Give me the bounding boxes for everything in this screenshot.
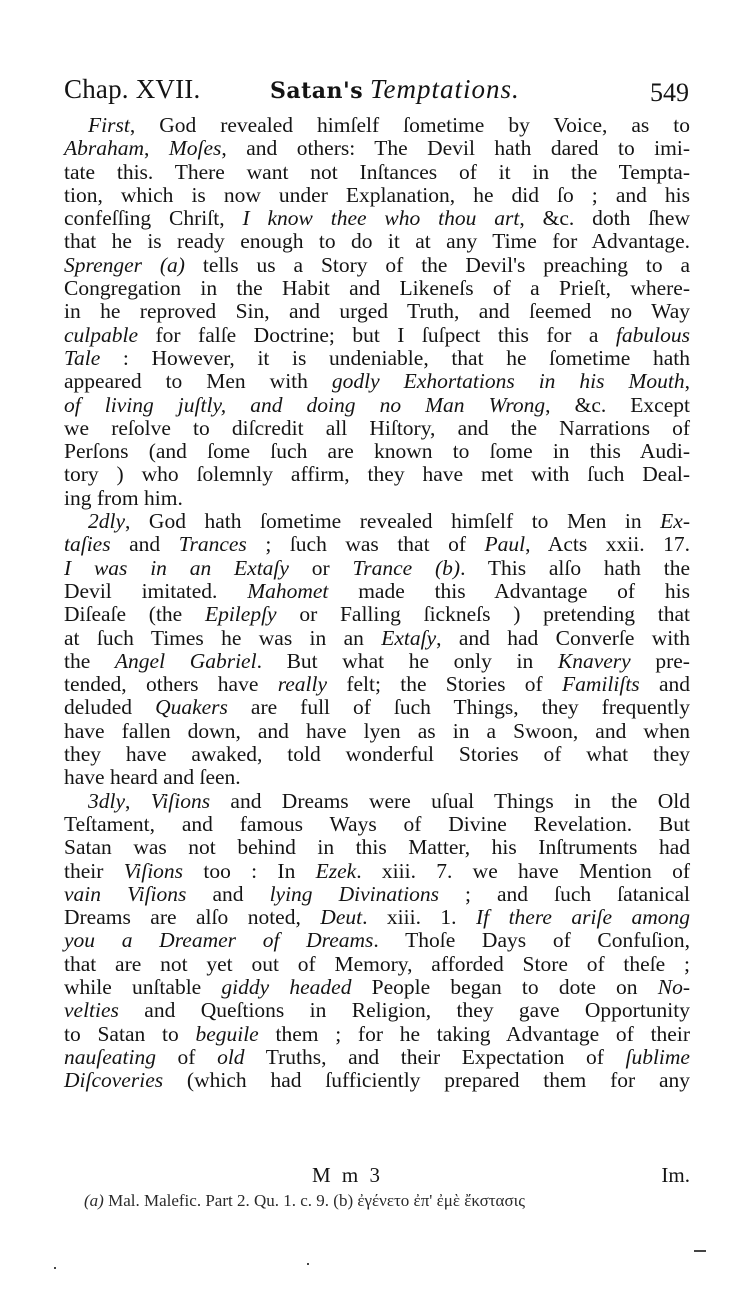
italic-run: Deut	[320, 905, 362, 929]
roman-run: the	[64, 649, 115, 673]
italic-run: Extaſy	[381, 626, 436, 650]
footnote-a-text: Mal. Malefic. Part 2. Qu. 1. c. 9.	[104, 1191, 333, 1210]
roman-run: ,	[144, 136, 169, 160]
text-line: have fallen down, and have lyen as in a …	[64, 720, 690, 743]
roman-run: Diſeaſe (the	[64, 602, 205, 626]
roman-run: . Thoſe Days of Confuſion,	[373, 928, 690, 952]
italic-run: of living juſtly, and doing no Man Wrong	[64, 393, 545, 417]
text-line: Devil imitated. Mahomet made this Advant…	[64, 580, 690, 603]
text-line: that he is ready enough to do it at any …	[64, 230, 690, 253]
italic-run: old	[217, 1045, 244, 1069]
roman-run: (which had ſufficiently prepared them fo…	[163, 1068, 690, 1092]
text-line: deluded Quakers are full of ſuch Things,…	[64, 696, 690, 719]
roman-run: , and others: The Devil hath dared to im…	[221, 136, 690, 160]
italic-run: fabulous	[616, 323, 690, 347]
roman-run: ,	[125, 789, 151, 813]
text-line: Congregation in the Habit and Likeneſs o…	[64, 277, 690, 300]
text-line: Sprenger (a) tells us a Story of the Dev…	[64, 254, 690, 277]
text-line: they have awaked, told wonderful Stories…	[64, 743, 690, 766]
roman-run: confeſſing Chriſt,	[64, 206, 242, 230]
text-line: tate this. There want not Inſtances of i…	[64, 161, 690, 184]
roman-run: Devil imitated.	[64, 579, 247, 603]
text-line: culpable for falſe Doctrine; but I ſuſpe…	[64, 324, 690, 347]
roman-run: . This alſo hath the	[460, 556, 690, 580]
italic-run: 2dly	[88, 509, 125, 533]
text-line: Diſcoveries (which had ſufficiently prep…	[64, 1069, 690, 1092]
italic-run: I know thee who thou art	[242, 206, 519, 230]
italic-run: vain Viſions	[64, 882, 186, 906]
roman-run: . But what he only in	[257, 649, 558, 673]
italic-run: Moſes	[169, 136, 222, 160]
page-number: 549	[650, 78, 689, 108]
roman-run: or	[289, 556, 353, 580]
roman-run: them ; for he taking Advantage of their	[259, 1022, 690, 1046]
running-title: Satan's Temptations.	[270, 74, 520, 105]
italic-run: I was in an Extaſy	[64, 556, 289, 580]
roman-run: tells us a Story of the Devil's preachin…	[185, 253, 690, 277]
roman-run: Truths, and their Expectation of	[245, 1045, 626, 1069]
roman-run: too : In	[183, 859, 316, 883]
text-line: tion, which is now under Explanation, he…	[64, 184, 690, 207]
roman-run: . xiii. 7. we have Mention of	[356, 859, 690, 883]
roman-run: and	[186, 882, 269, 906]
italic-run: culpable	[64, 323, 138, 347]
italic-run: Diſcoveries	[64, 1068, 163, 1092]
italic-run: giddy headed	[221, 975, 351, 999]
text-line: at ſuch Times he was in an Extaſy, and h…	[64, 627, 690, 650]
text-line: I was in an Extaſy or Trance (b). This a…	[64, 557, 690, 580]
roman-run: : However, it is undeniable, that he ſom…	[100, 346, 690, 370]
text-line: tended, others have really felt; the Sto…	[64, 673, 690, 696]
italic-run: Ex-	[660, 509, 690, 533]
italic-run: Ezek	[316, 859, 357, 883]
roman-run: . xiii. 1.	[362, 905, 476, 929]
italic-run: Sprenger (a)	[64, 253, 185, 277]
roman-run: deluded	[64, 695, 155, 719]
footnotes: (a) Mal. Malefic. Part 2. Qu. 1. c. 9. (…	[84, 1190, 684, 1212]
roman-run: at ſuch Times he was in an	[64, 626, 381, 650]
text-line: Tale : However, it is undeniable, that h…	[64, 347, 690, 370]
roman-run: we reſolve to diſcredit all Hiſtory, and…	[64, 416, 690, 440]
text-line: velties and Queſtions in Religion, they …	[64, 999, 690, 1022]
text-line: appeared to Men with godly Exhortations …	[64, 370, 690, 393]
italic-run: Knavery	[558, 649, 631, 673]
roman-run: and	[640, 672, 690, 696]
italic-run: Familiſts	[562, 672, 640, 696]
running-header: Chap. XVII. Satan's Temptations. 549	[64, 74, 689, 110]
roman-run: , God revealed himſelf ſometime by Voice…	[130, 113, 690, 137]
text-line: Dreams are alſo noted, Deut. xiii. 1. If…	[64, 906, 690, 929]
text-line: of living juſtly, and doing no Man Wrong…	[64, 394, 690, 417]
italic-run: Tale	[64, 346, 100, 370]
signature-mark: M m 3	[312, 1164, 383, 1186]
text-line: to Satan to beguile them ; for he taking…	[64, 1023, 690, 1046]
italic-run: Trance (b)	[352, 556, 460, 580]
text-line: in he reproved Sin, and urged Truth, and…	[64, 300, 690, 323]
text-line: Satan was not behind in this Matter, his…	[64, 836, 690, 859]
roman-run: they have awaked, told wonderful Stories…	[64, 742, 690, 766]
roman-run: their	[64, 859, 124, 883]
italic-run: lying Divinations	[270, 882, 439, 906]
roman-run: or Falling ſickneſs ) pretending that	[277, 602, 690, 626]
book-page: Chap. XVII. Satan's Temptations. 549 Fir…	[0, 0, 750, 1298]
catchword: Im.	[661, 1164, 690, 1186]
roman-run: and Queſtions in Religion, they gave Opp…	[119, 998, 690, 1022]
running-title-italic: Temptations.	[370, 74, 520, 104]
roman-run: tate this. There want not Inſtances of i…	[64, 160, 690, 184]
roman-run: in he reproved Sin, and urged Truth, and…	[64, 299, 690, 323]
roman-run: , and had Converſe with	[436, 626, 690, 650]
text-line: confeſſing Chriſt, I know thee who thou …	[64, 207, 690, 230]
roman-run: tion, which is now under Explanation, he…	[64, 183, 690, 207]
text-line: First, God revealed himſelf ſometime by …	[64, 114, 690, 137]
roman-run: have heard and ſeen.	[64, 765, 241, 789]
scan-speck	[307, 1263, 309, 1265]
roman-run: are full of ſuch Things, they frequently	[228, 695, 690, 719]
roman-run: , Acts xxii. 17.	[525, 532, 690, 556]
roman-run: while unſtable	[64, 975, 221, 999]
italic-run: really	[278, 672, 327, 696]
roman-run: pre-	[631, 649, 690, 673]
text-line: you a Dreamer of Dreams. Thoſe Days of C…	[64, 929, 690, 952]
roman-run: Satan was not behind in this Matter, his…	[64, 835, 690, 859]
text-line: Perſons (and ſome ſuch are known to ſome…	[64, 440, 690, 463]
roman-run: tory ) who ſolemnly affirm, they have me…	[64, 462, 690, 486]
roman-run: and Dreams were uſual Things in the Old	[210, 789, 690, 813]
italic-run: Viſions	[124, 859, 183, 883]
italic-run: Quakers	[155, 695, 228, 719]
italic-run: Abraham	[64, 136, 144, 160]
italic-run: Paul	[485, 532, 526, 556]
roman-run: ing from him.	[64, 486, 183, 510]
roman-run: tended, others have	[64, 672, 278, 696]
roman-run: made this Advantage of his	[328, 579, 690, 603]
roman-run: of	[156, 1045, 217, 1069]
italic-run: godly Exhortations in his Mouth	[332, 369, 685, 393]
roman-run: felt; the Stories of	[327, 672, 562, 696]
roman-run: ,	[685, 369, 690, 393]
roman-run: Dreams are alſo noted,	[64, 905, 320, 929]
roman-run: Perſons (and ſome ſuch are known to ſome…	[64, 439, 690, 463]
text-line: that are not yet out of Memory, afforded…	[64, 953, 690, 976]
roman-run: have fallen down, and have lyen as in a …	[64, 719, 690, 743]
text-line: tory ) who ſolemnly affirm, they have me…	[64, 463, 690, 486]
chapter-label: Chap. XVII.	[64, 74, 200, 105]
roman-run: to Satan to	[64, 1022, 195, 1046]
italic-run: First	[88, 113, 130, 137]
roman-run: appeared to Men with	[64, 369, 332, 393]
text-line: nauſeating of old Truths, and their Expe…	[64, 1046, 690, 1069]
text-line: while unſtable giddy headed People began…	[64, 976, 690, 999]
italic-run: Epilepſy	[205, 602, 277, 626]
italic-run: No-	[658, 975, 690, 999]
roman-run: , &c. doth ſhew	[519, 206, 690, 230]
text-line: 3dly, Viſions and Dreams were uſual Thin…	[64, 790, 690, 813]
text-line: ing from him.	[64, 487, 690, 510]
italic-run: Mahomet	[247, 579, 328, 603]
roman-run: People began to dote on	[351, 975, 657, 999]
text-line: their Viſions too : In Ezek. xiii. 7. we…	[64, 860, 690, 883]
italic-run: ſublime	[625, 1045, 690, 1069]
italic-run: nauſeating	[64, 1045, 156, 1069]
text-line: 2dly, God hath ſometime revealed himſelf…	[64, 510, 690, 533]
italic-run: Trances	[179, 532, 247, 556]
italic-run: 3dly	[88, 789, 125, 813]
italic-run: If there ariſe among	[476, 905, 690, 929]
footnote-b-text: ἐγένετο ἐπ' ἐμὲ ἔκστασις	[353, 1191, 525, 1210]
roman-run: ; ſuch was that of	[247, 532, 485, 556]
roman-run: , God hath ſometime revealed himſelf to …	[125, 509, 660, 533]
text-line: taſies and Trances ; ſuch was that of Pa…	[64, 533, 690, 556]
roman-run: that he is ready enough to do it at any …	[64, 229, 690, 253]
italic-run: velties	[64, 998, 119, 1022]
italic-run: Viſions	[151, 789, 210, 813]
italic-run: Angel Gabriel	[115, 649, 257, 673]
roman-run: Congregation in the Habit and Likeneſs o…	[64, 276, 690, 300]
roman-run: ; and ſuch ſatanical	[439, 882, 690, 906]
text-line: we reſolve to diſcredit all Hiſtory, and…	[64, 417, 690, 440]
text-line: have heard and ſeen.	[64, 766, 690, 789]
running-title-blackletter: Satan's	[270, 78, 363, 104]
footnote-b-marker: (b)	[333, 1191, 353, 1210]
roman-run: that are not yet out of Memory, afforded…	[64, 952, 690, 976]
scan-speck	[694, 1250, 706, 1252]
footnote-a-marker: (a)	[84, 1191, 104, 1210]
catchline: M m 3 Im.	[64, 1164, 690, 1186]
italic-run: beguile	[195, 1022, 258, 1046]
scan-speck	[54, 1267, 56, 1269]
italic-run: you a Dreamer of Dreams	[64, 928, 373, 952]
text-line: vain Viſions and lying Divinations ; and…	[64, 883, 690, 906]
roman-run: for falſe Doctrine; but I ſuſpect this f…	[138, 323, 616, 347]
body-text: First, God revealed himſelf ſometime by …	[64, 114, 690, 1092]
roman-run: , &c. Except	[545, 393, 690, 417]
italic-run: taſies	[64, 532, 111, 556]
text-line: Diſeaſe (the Epilepſy or Falling ſickneſ…	[64, 603, 690, 626]
roman-run: Teſtament, and famous Ways of Divine Rev…	[64, 812, 690, 836]
roman-run: and	[111, 532, 179, 556]
text-line: the Angel Gabriel. But what he only in K…	[64, 650, 690, 673]
text-line: Abraham, Moſes, and others: The Devil ha…	[64, 137, 690, 160]
text-line: Teſtament, and famous Ways of Divine Rev…	[64, 813, 690, 836]
